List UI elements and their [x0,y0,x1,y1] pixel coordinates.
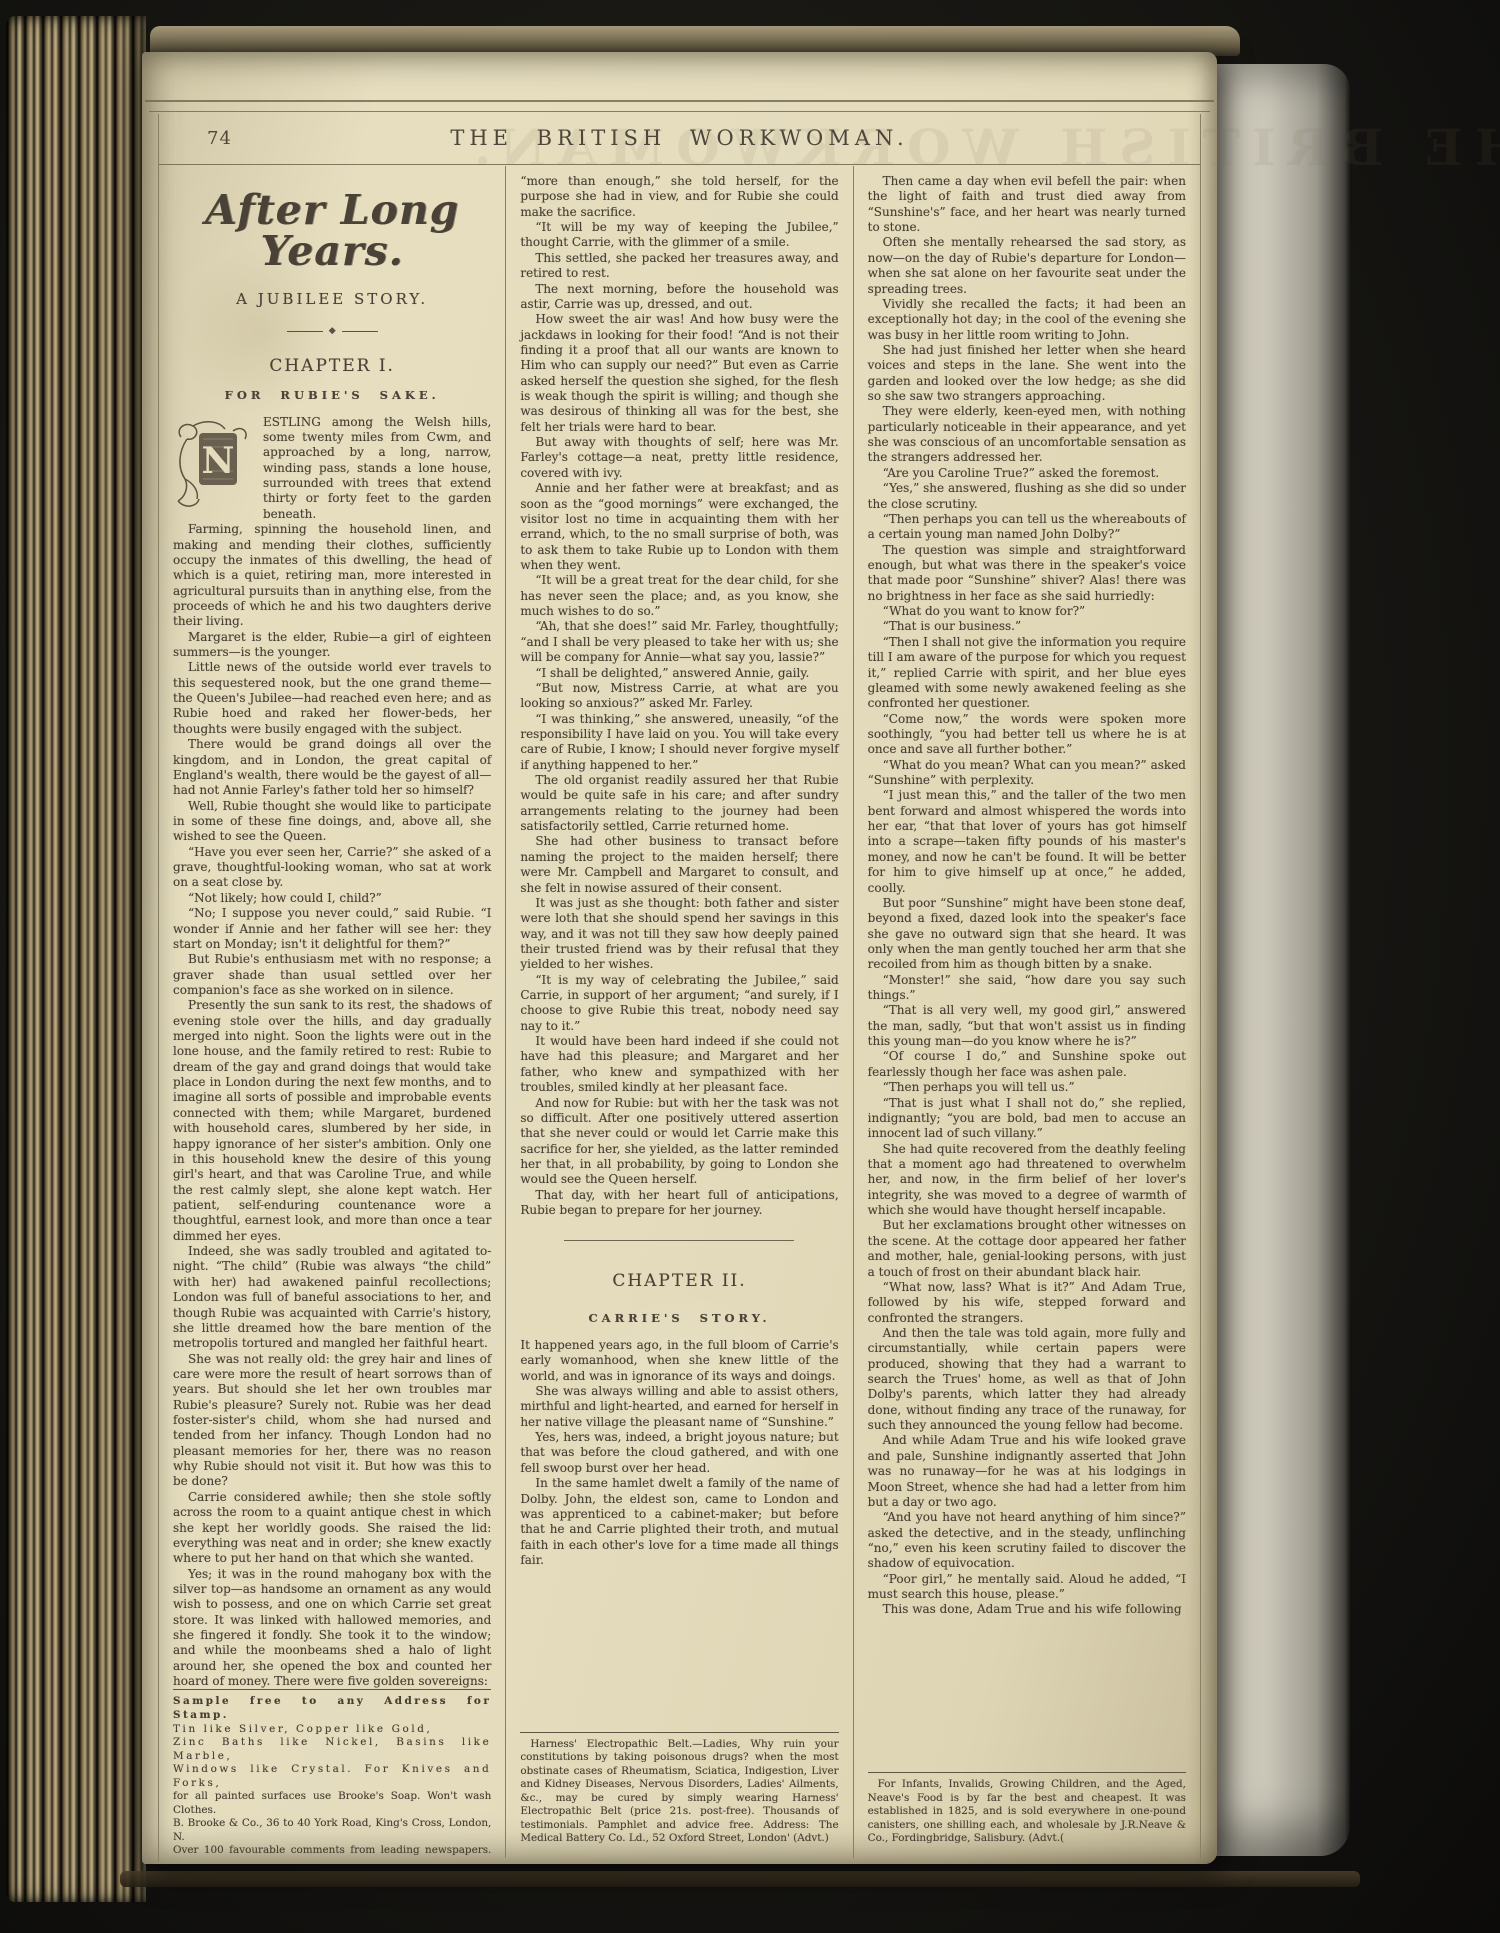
story-paragraph: Vividly she recalled the facts; it had b… [868,297,1186,343]
story-paragraph: “Poor girl,” he mentally said. Aloud he … [868,1572,1186,1603]
story-paragraph: It happened years ago, in the full bloom… [520,1338,838,1384]
story-paragraph: “Yes,” she answered, flushing as she did… [868,481,1186,512]
story-paragraph: “more than enough,” she told herself, fo… [520,174,838,220]
story-paragraph: She had just finished her letter when sh… [868,343,1186,404]
story-paragraph: Little news of the outside world ever tr… [173,660,491,737]
story-paragraph: “Have you ever seen her, Carrie?” she as… [173,845,491,891]
column-3: Then came a day when evil befell the pai… [853,166,1200,1858]
advert-line: Windows like Crystal. For Knives and For… [173,1763,491,1790]
story-paragraph: It would have been hard indeed if she co… [520,1034,838,1095]
advert-line: Over 100 favourable comments from leadin… [173,1844,491,1858]
column-1: After Long Years. A JUBILEE STORY. ◆ CHA… [159,166,505,1858]
chapter2-subheading: CARRIE'S STORY. [520,1311,838,1326]
harness-advert-text: Harness' Electropathic Belt.—Ladies, Why… [520,1738,838,1846]
story-paragraph: “Monster!” she said, “how dare you say s… [868,973,1186,1004]
story-paragraph: “What now, lass? What is it?” And Adam T… [868,1280,1186,1326]
story-paragraph: Yes, hers was, indeed, a bright joyous n… [520,1430,838,1476]
story-paragraph: The question was simple and straightforw… [868,543,1186,604]
story-paragraph: Margaret is the elder, Rubie—a girl of e… [173,630,491,661]
story-paragraph: It was just as she thought: both father … [520,896,838,973]
chapter1-heading: CHAPTER I. [173,356,491,378]
story-paragraph: This was done, Adam True and his wife fo… [868,1602,1186,1617]
story-paragraph: But her exclamations brought other witne… [868,1218,1186,1279]
opening-paragraph: N ESTLING among the Welsh hills, some tw… [173,415,491,523]
story-paragraph: “Then perhaps you can tell us the wherea… [868,512,1186,543]
advert-line: Tin like Silver, Copper like Gold, [173,1723,491,1737]
column-3-paragraphs: Then came a day when evil befell the pai… [868,174,1186,1618]
facing-page-edge [1216,64,1350,1856]
story-paragraph: “I just mean this,” and the taller of th… [868,788,1186,896]
story-paragraph: “That is all very well, my good girl,” a… [868,1003,1186,1049]
story-paragraph: “That is just what I shall not do,” she … [868,1096,1186,1142]
story-paragraph: The next morning, before the household w… [520,282,838,313]
story-paragraph: Well, Rubie thought she would like to pa… [173,799,491,845]
chapter2-paragraphs: It happened years ago, in the full bloom… [520,1338,838,1568]
story-paragraph: Carrie considered awhile; then she stole… [173,1490,491,1567]
story-paragraph: And while Adam True and his wife looked … [868,1433,1186,1510]
story-paragraph: “What do you mean? What can you mean?” a… [868,758,1186,789]
story-paragraph: Indeed, she was sadly troubled and agita… [173,1244,491,1352]
story-paragraph: They were elderly, keen-eyed men, with n… [868,404,1186,465]
story-paragraph: In the same hamlet dwelt a family of the… [520,1476,838,1568]
story-paragraph: Yes; it was in the round mahogany box wi… [173,1567,491,1690]
story-paragraph: “I was thinking,” she answered, uneasily… [520,712,838,773]
divider-line [287,331,323,332]
story-paragraph: The old organist readily assured her tha… [520,773,838,834]
advert-line: for all painted surfaces use Brooke's So… [173,1790,491,1817]
chapter2-divider-rule [564,1240,794,1241]
story-paragraph: “I shall be delighted,” answered Annie, … [520,666,838,681]
advert-line: B. Brooke & Co., 36 to 40 York Road, Kin… [173,1817,491,1844]
story-paragraph: “It will be a great treat for the dear c… [520,573,838,619]
story-paragraph: This settled, she packed her treasures a… [520,251,838,282]
story-paragraph: “Not likely; how could I, child?” [173,891,491,906]
column-2: “more than enough,” she told herself, fo… [505,166,852,1858]
story-paragraph: There would be grand doings all over the… [173,737,491,798]
svg-text:N: N [202,440,235,482]
story-paragraph: “That is our business.” [868,619,1186,634]
story-paragraph: “It will be my way of keeping the Jubile… [520,220,838,251]
neave-food-advert: For Infants, Invalids, Growing Children,… [868,1772,1186,1846]
story-paragraph: But Rubie's enthusiasm met with no respo… [173,952,491,998]
top-rule-inner [149,111,1210,112]
story-paragraph: “Then I shall not give the information y… [868,635,1186,712]
story-paragraph: Often she mentally rehearsed the sad sto… [868,235,1186,296]
story-paragraph: “Come now,” the words were spoken more s… [868,712,1186,758]
story-paragraph: “And you have not heard anything of him … [868,1510,1186,1571]
document-page: THE BRITISH WORKWOMAN. 74 THE BRITISH WO… [142,52,1217,1864]
story-paragraph: “Then perhaps you will tell us.” [868,1080,1186,1095]
story-paragraph: Then came a day when evil befell the pai… [868,174,1186,235]
divider-line [342,331,378,332]
story-paragraph: “Ah, that she does!” said Mr. Farley, th… [520,619,838,665]
harness-belt-advert: Harness' Electropathic Belt.—Ladies, Why… [520,1732,838,1846]
story-paragraph: Presently the sun sank to its rest, the … [173,998,491,1244]
column-2-paragraphs: “more than enough,” she told herself, fo… [520,174,838,1218]
story-paragraph: “Of course I do,” and Sunshine spoke out… [868,1049,1186,1080]
story-paragraph: “It is my way of celebrating the Jubilee… [520,973,838,1034]
story-paragraph: She was always willing and able to assis… [520,1384,838,1430]
advert-line: Sample free to any Address for Stamp. [173,1695,491,1722]
section-divider-ornament: ◆ [173,327,491,336]
masthead-title: THE BRITISH WORKWOMAN. [159,126,1200,150]
story-paragraph: She had other business to transact befor… [520,834,838,895]
story-paragraph: But poor “Sunshine” might have been ston… [868,896,1186,973]
chapter-initial-ornament: N [173,417,255,511]
story-paragraph: How sweet the air was! And how busy were… [520,312,838,435]
story-paragraph: She was not really old: the grey hair an… [173,1352,491,1490]
neave-advert-text: For Infants, Invalids, Growing Children,… [868,1778,1186,1846]
book-cover-edge [120,1871,1360,1887]
story-paragraph: That day, with her heart full of anticip… [520,1188,838,1219]
story-title: After Long Years. [173,190,491,272]
story-paragraph: Farming, spinning the household linen, a… [173,522,491,630]
top-rule-outer [145,100,1214,102]
story-paragraph: But away with thoughts of self; here was… [520,435,838,481]
advert-line: Zinc Baths like Nickel, Basins like Marb… [173,1736,491,1763]
story-paragraph: “No; I suppose you never could,” said Ru… [173,906,491,952]
story-paragraph: She had quite recovered from the deathly… [868,1142,1186,1219]
opening-paragraph-text: ESTLING among the Welsh hills, some twen… [263,415,491,521]
story-paragraph: “Are you Caroline True?” asked the forem… [868,466,1186,481]
chapter1-subheading: FOR RUBIE'S SAKE. [173,388,491,403]
header-rule [159,164,1200,165]
column-1-paragraphs: Farming, spinning the household linen, a… [173,522,491,1689]
story-subtitle: A JUBILEE STORY. [173,290,491,309]
chapter2-heading: CHAPTER II. [520,1271,838,1293]
divider-diamond-icon: ◆ [329,327,336,336]
story-paragraph: And now for Rubie: but with her the task… [520,1096,838,1188]
story-paragraph: “But now, Mistress Carrie, at what are y… [520,681,838,712]
story-paragraph: Annie and her father were at breakfast; … [520,481,838,573]
brooke-soap-advert: Sample free to any Address for Stamp.Tin… [173,1689,491,1858]
printed-frame: 74 THE BRITISH WORKWOMAN. After Long Yea… [158,114,1201,1862]
book-fore-edge-pages [6,16,146,1902]
story-paragraph: “What do you want to know for?” [868,604,1186,619]
page-header: 74 THE BRITISH WORKWOMAN. [159,120,1200,160]
column-layout: After Long Years. A JUBILEE STORY. ◆ CHA… [159,166,1200,1858]
story-paragraph: And then the tale was told again, more f… [868,1326,1186,1434]
